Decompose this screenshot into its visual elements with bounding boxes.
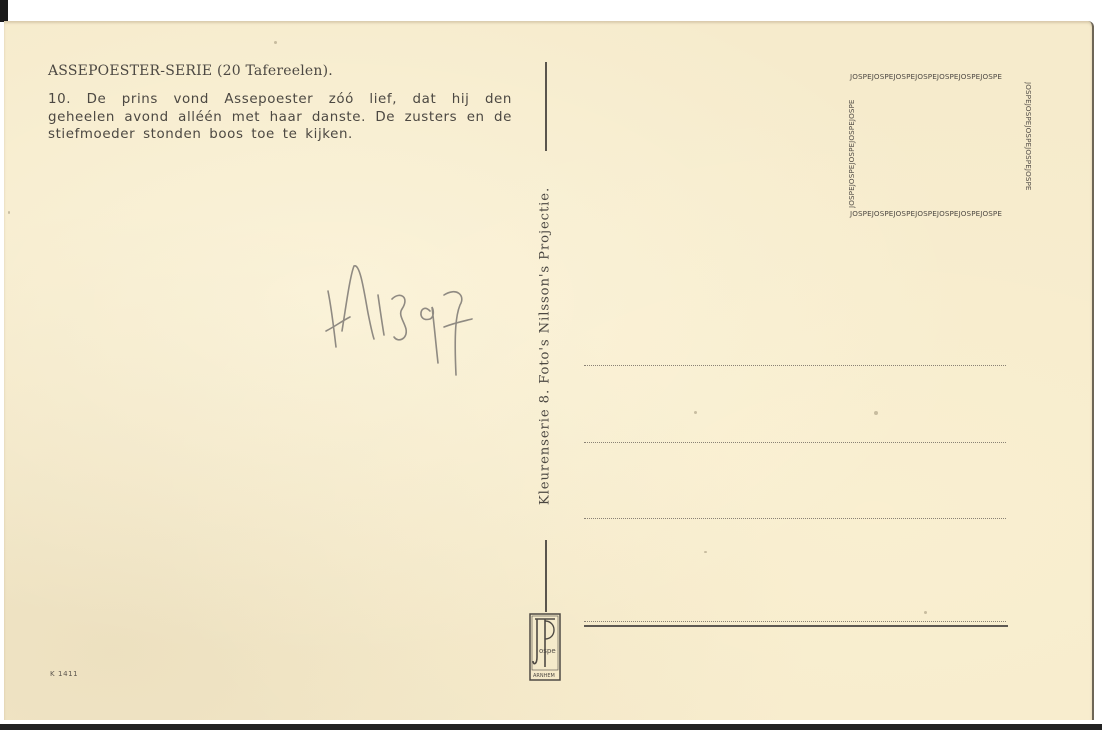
paper-speck xyxy=(694,411,697,414)
postcard-back: ASSEPOESTER-SERIE (20 Tafereelen). 10. D… xyxy=(4,21,1094,725)
handwritten-pencil-note xyxy=(320,251,480,391)
stamp-border-left: JOSPEJOSPEJOSPEJOSPEJOSPE xyxy=(847,82,856,208)
center-divider-top xyxy=(545,62,547,151)
address-line-2 xyxy=(584,442,1006,443)
address-line-1 xyxy=(584,365,1006,366)
caption-text: 10. De prins vond Assepoester zóó lief, … xyxy=(48,91,512,144)
jospe-publisher-logo: ospe ARNHEM xyxy=(529,613,561,681)
print-code: K 1411 xyxy=(50,670,78,678)
paper-speck xyxy=(274,41,277,44)
postcard-scan: ASSEPOESTER-SERIE (20 Tafereelen). 10. D… xyxy=(0,0,1102,730)
svg-text:ARNHEM: ARNHEM xyxy=(533,673,555,679)
stamp-placement-box: JOSPEJOSPEJOSPEJOSPEJOSPEJOSPEJOSPE JOSP… xyxy=(847,72,1033,218)
svg-text:ospe: ospe xyxy=(539,647,556,655)
series-title: ASSEPOESTER-SERIE (20 Tafereelen). xyxy=(48,63,333,79)
address-line-3 xyxy=(584,518,1006,519)
address-line-4-dotted xyxy=(584,621,1006,622)
address-line-solid xyxy=(584,625,1008,627)
paper-speck xyxy=(8,211,10,214)
stamp-border-bottom: JOSPEJOSPEJOSPEJOSPEJOSPEJOSPEJOSPE xyxy=(850,209,1002,218)
scan-edge xyxy=(0,0,8,22)
paper-speck xyxy=(874,411,878,415)
paper-speck xyxy=(924,611,927,614)
vertical-credit-text: Kleurenserie 8. Foto's Nilsson's Project… xyxy=(538,187,553,505)
stamp-border-top: JOSPEJOSPEJOSPEJOSPEJOSPEJOSPEJOSPE xyxy=(850,72,1002,81)
center-divider-bottom xyxy=(545,540,547,612)
stamp-border-right: JOSPEJOSPEJOSPEJOSPEJOSPE xyxy=(1024,82,1033,208)
paper-speck xyxy=(704,551,707,553)
scan-edge-bottom xyxy=(0,720,1102,730)
